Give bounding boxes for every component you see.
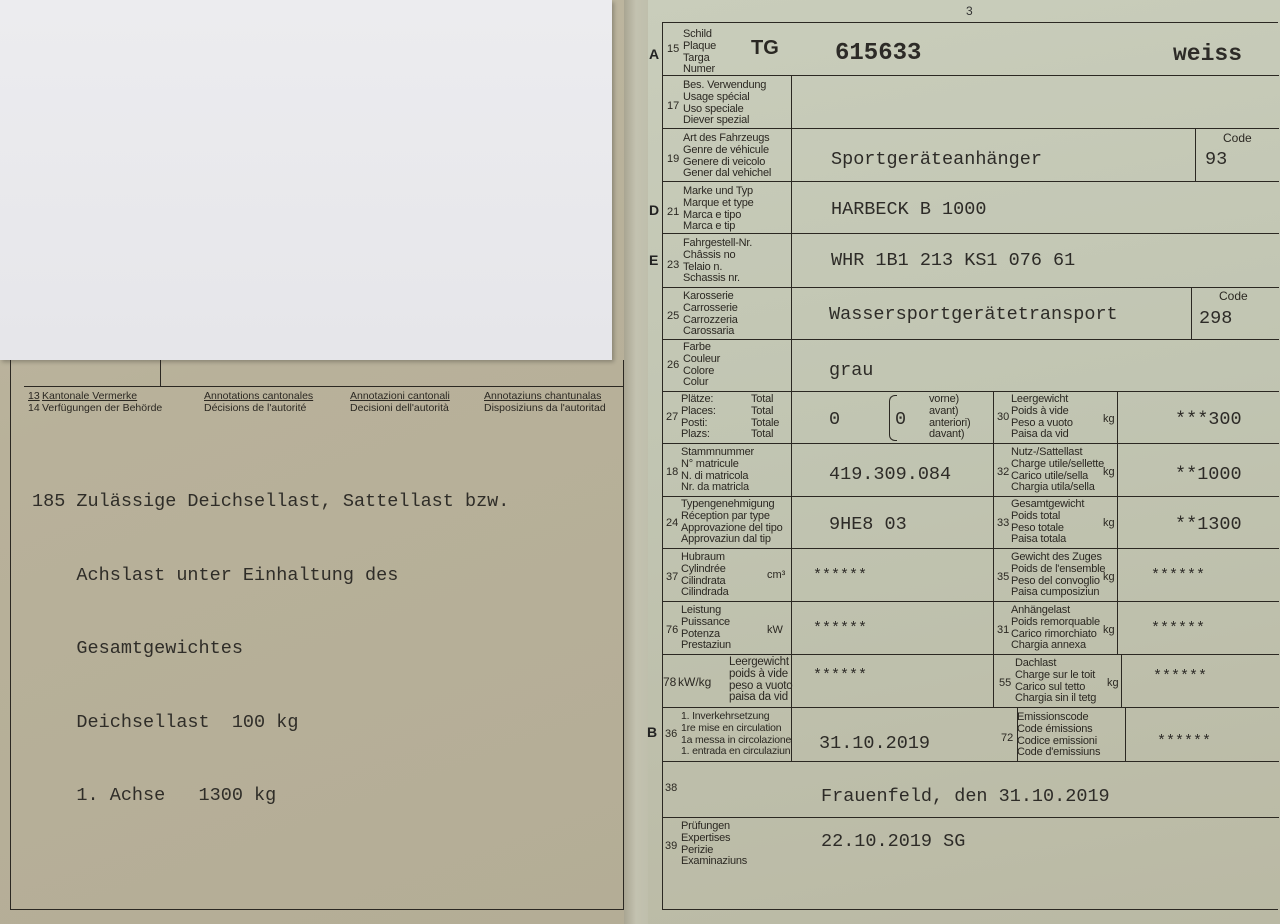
section-letter-d: D: [649, 202, 659, 218]
row-power-weight-roof: 78 kW/kg Leergewichtpoids à videpeso a v…: [663, 655, 1279, 708]
white-paper-overlay: [0, 0, 612, 360]
section-letter-b: B: [647, 724, 657, 740]
power-value: ******: [813, 620, 867, 637]
plate-number: 615633: [835, 40, 921, 67]
row-type-approval-total: 24 TypengenehmigungRéception par typeApp…: [663, 497, 1279, 549]
annot-label-fr-14: Décisions de l'autorité: [204, 402, 313, 414]
type-approval-value: 9HE8 03: [829, 514, 907, 535]
row-chassis: 23 Fahrgestell-Nr.Châssis noTelaio n.Sch…: [663, 234, 1279, 288]
body-value: Wassersportgerätetransport: [829, 304, 1118, 325]
section-letter-e: E: [649, 252, 658, 268]
annot-label-fr-13: Annotations cantonales: [204, 390, 313, 402]
divider: [24, 386, 624, 387]
roof-load-value: ******: [1153, 668, 1207, 685]
row-color: 26 FarbeCouleurColoreColur grau: [663, 340, 1279, 392]
seats-total-value: 0: [829, 409, 840, 430]
annot-label-it-13: Annotazioni cantonali: [350, 390, 450, 402]
annot-label-rm-14: Disposiziuns da l'autoritad: [484, 402, 606, 414]
row-master-payload: 18 StammnummerN° matriculeN. di matricol…: [663, 444, 1279, 497]
first-registration-value: 31.10.2019: [819, 733, 930, 754]
displacement-value: ******: [813, 567, 867, 584]
annot-label-rm-13: Annotaziuns chantunalas: [484, 390, 606, 402]
row-make-type: 21 Marke und TypMarque et typeMarca e ti…: [663, 182, 1279, 234]
payload-value: **1000: [1175, 464, 1242, 485]
train-weight-value: ******: [1151, 567, 1205, 584]
power-weight-value: ******: [813, 667, 867, 684]
row-special-use: 17 Bes. VerwendungUsage spécialUso speci…: [663, 76, 1279, 129]
place-date-value: Frauenfeld, den 31.10.2019: [821, 786, 1110, 807]
towing-load-value: ******: [1151, 620, 1205, 637]
annot-label-de-13: Kantonale Vermerke: [42, 390, 137, 402]
annot-label-de-14: Verfügungen der Behörde: [42, 402, 162, 414]
inspections-value: 22.10.2019 SG: [821, 831, 965, 852]
row-vehicle-type: 19 Art des FahrzeugsGenre de véhiculeGen…: [663, 129, 1279, 182]
row-plate: 15 SchildPlaqueTargaNumer TG 615633 weis…: [663, 23, 1279, 76]
annotations-header: 13Kantonale Vermerke 14Verfügungen der B…: [28, 390, 628, 420]
plate-color: weiss: [1173, 41, 1242, 67]
color-value: grau: [829, 360, 873, 381]
master-number-value: 419.309.084: [829, 464, 951, 485]
make-type-value: HARBECK B 1000: [831, 199, 986, 220]
row-seats-empty-weight: 27 Plätze:Places:Posti:Plazs: TotalTotal…: [663, 392, 1279, 444]
row-body: 25 KarosserieCarrosserieCarrozzeriaCaros…: [663, 288, 1279, 340]
emission-code-value: ******: [1157, 733, 1211, 750]
row-power-towing: 76 LeistungPuissancePotenzaPrestaziun kW…: [663, 602, 1279, 655]
page-number: 3: [966, 4, 973, 18]
registration-form: 15 SchildPlaqueTargaNumer TG 615633 weis…: [662, 22, 1278, 910]
section-letter-a: A: [649, 46, 659, 62]
remarks-text: 185 Zulässige Deichsellast, Sattellast b…: [32, 441, 509, 833]
chassis-value: WHR 1B1 213 KS1 076 61: [831, 250, 1075, 271]
divider: [160, 360, 161, 387]
row-place-date: 38 Frauenfeld, den 31.10.2019: [663, 762, 1279, 818]
body-code: 298: [1199, 308, 1232, 329]
row-first-registration-emission: 36 1. Inverkehrsetzung1re mise en circul…: [663, 708, 1279, 762]
annot-label-it-14: Decisioni dell'autorità: [350, 402, 450, 414]
special-use-value: [791, 76, 1279, 128]
seats-front-value: 0: [895, 409, 906, 430]
total-weight-value: **1300: [1175, 514, 1242, 535]
empty-weight-value: ***300: [1175, 409, 1242, 430]
plate-canton: TG: [751, 37, 779, 60]
vehicle-type-code: 93: [1205, 149, 1227, 170]
vehicle-type-value: Sportgeräteanhänger: [831, 149, 1042, 170]
row-displacement-train: 37 HubraumCylindréeCilindrataCilindrada …: [663, 549, 1279, 602]
row-inspections: 39 PrüfungenExpertisesPerizieExaminaziun…: [663, 818, 1279, 911]
